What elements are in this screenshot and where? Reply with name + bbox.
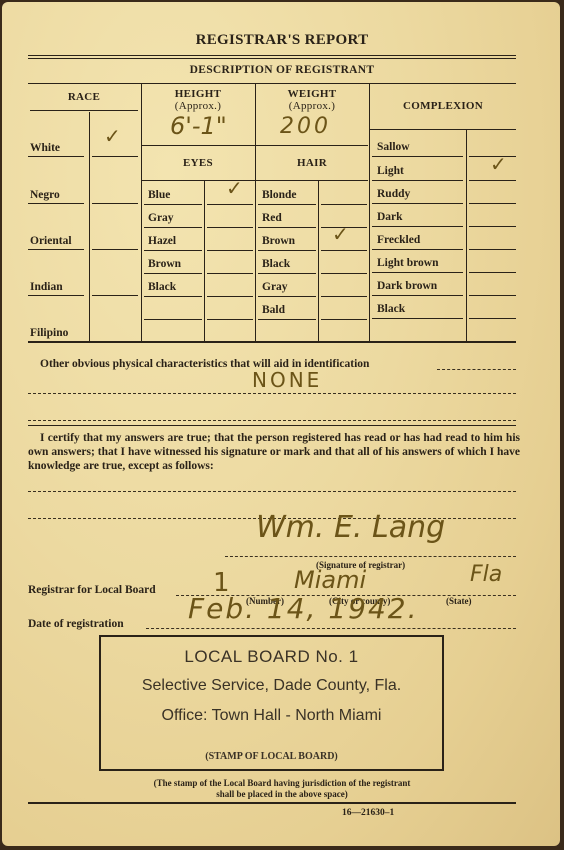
table-top-rule: [28, 83, 516, 84]
local-board-label: Registrar for Local Board: [28, 583, 156, 597]
exceptions-line-1: [28, 491, 516, 492]
hair-option-bald[interactable]: Bald: [262, 304, 285, 316]
eh-rule: [207, 319, 253, 320]
height-header-sub: (Approx.): [142, 100, 254, 112]
col-divider-race: [141, 84, 142, 342]
cx-rule: [469, 180, 516, 181]
cx-rule: [469, 272, 516, 273]
eh-rule: [144, 319, 202, 320]
cx-rule: [469, 156, 516, 157]
col-divider-height: [255, 84, 256, 342]
complexion-header-rule: [370, 129, 516, 130]
cx-rule: [372, 249, 463, 250]
stamp-line-3: Office: Town Hall - North Miami: [101, 707, 442, 725]
eh-rule: [321, 273, 367, 274]
document-title: REGISTRAR'S REPORT: [0, 32, 564, 49]
section-rule: [28, 425, 516, 426]
complexion-option-dark-brown[interactable]: Dark brown: [377, 280, 437, 292]
race-rule-2b: [92, 203, 138, 204]
section-subtitle: DESCRIPTION OF REGISTRANT: [0, 64, 564, 76]
weight-header: WEIGHT (Approx.): [256, 88, 368, 112]
complexion-option-light[interactable]: Light: [377, 165, 404, 177]
race-white-check-icon[interactable]: ✓: [104, 124, 121, 148]
race-header-rule: [30, 110, 138, 111]
stamp-note-line-1: (The stamp of the Local Board having jur…: [0, 778, 564, 789]
cx-rule: [372, 226, 463, 227]
eh-rule: [258, 273, 316, 274]
cx-rule: [372, 180, 463, 181]
cx-rule: [469, 226, 516, 227]
height-header: HEIGHT (Approx.): [142, 88, 254, 112]
race-option-filipino[interactable]: Filipino: [30, 327, 68, 339]
col-divider-weight: [369, 84, 370, 342]
cx-rule: [372, 318, 463, 319]
eh-rule: [321, 296, 367, 297]
eh-rule: [258, 296, 316, 297]
signature-line: [225, 556, 516, 557]
cx-rule: [469, 249, 516, 250]
eyes-option-brown[interactable]: Brown: [148, 258, 181, 270]
race-rule-1a: [28, 156, 84, 157]
registrar-signature[interactable]: Wm. E. Lang: [256, 510, 445, 545]
complexion-option-light-brown[interactable]: Light brown: [377, 257, 438, 269]
complexion-option-sallow[interactable]: Sallow: [377, 141, 410, 153]
cx-rule: [469, 318, 516, 319]
complexion-option-dark[interactable]: Dark: [377, 211, 403, 223]
stamp-caption: (STAMP OF LOCAL BOARD): [101, 751, 442, 762]
race-option-indian[interactable]: Indian: [30, 281, 63, 293]
height-header-label: HEIGHT: [142, 88, 254, 100]
weight-value: 200: [280, 114, 331, 139]
eh-rule: [207, 227, 253, 228]
eh-rule: [207, 204, 253, 205]
hair-header: HAIR: [256, 157, 368, 169]
stamp-note-line-2: shall be placed in the above space): [0, 789, 564, 800]
footer-rule: [28, 802, 516, 804]
cx-rule: [372, 203, 463, 204]
race-rule-3b: [92, 249, 138, 250]
eyes-option-blue[interactable]: Blue: [148, 189, 170, 201]
stamp-line-1: LOCAL BOARD No. 1: [101, 647, 442, 667]
complexion-check-divider: [466, 130, 467, 342]
weight-header-label: WEIGHT: [256, 88, 368, 100]
eh-rule: [321, 250, 367, 251]
cx-rule: [469, 203, 516, 204]
eh-rule: [321, 204, 367, 205]
eh-rule: [144, 250, 202, 251]
eh-rule: [207, 250, 253, 251]
local-board-stamp: LOCAL BOARD No. 1 Selective Service, Dad…: [99, 635, 444, 771]
hair-check-divider: [318, 180, 319, 342]
race-rule-4b: [92, 295, 138, 296]
complexion-option-freckled[interactable]: Freckled: [377, 234, 420, 246]
title-rule-top: [28, 55, 516, 56]
height-value: 6'-1": [170, 112, 227, 140]
complexion-header: COMPLEXION: [370, 100, 516, 112]
date-of-registration-label: Date of registration: [28, 617, 124, 631]
hair-option-gray[interactable]: Gray: [262, 281, 288, 293]
eh-rule: [258, 227, 316, 228]
height-weight-rule: [142, 145, 368, 146]
eh-rule: [207, 273, 253, 274]
cx-rule: [372, 156, 463, 157]
race-rule-2a: [28, 203, 84, 204]
local-board-city[interactable]: Miami: [294, 566, 366, 594]
cx-rule: [372, 272, 463, 273]
eh-rule: [258, 204, 316, 205]
certification-text: I certify that my answers are true; that…: [28, 431, 520, 473]
stamp-note: (The stamp of the Local Board having jur…: [0, 778, 564, 800]
hair-brown-check-icon[interactable]: ✓: [332, 222, 349, 246]
eyes-option-black[interactable]: Black: [148, 281, 176, 293]
table-bottom-rule: [28, 341, 516, 343]
eyes-option-gray[interactable]: Gray: [148, 212, 174, 224]
weight-header-sub: (Approx.): [256, 100, 368, 112]
hair-option-brown[interactable]: Brown: [262, 235, 295, 247]
eh-rule: [144, 204, 202, 205]
eyes-blue-check-icon[interactable]: ✓: [226, 176, 243, 200]
other-characteristics-line-2: [28, 393, 516, 394]
hair-option-black[interactable]: Black: [262, 258, 290, 270]
eyes-header: EYES: [142, 157, 254, 169]
stamp-line-2: Selective Service, Dade County, Fla.: [101, 677, 442, 695]
eyes-option-hazel[interactable]: Hazel: [148, 235, 176, 247]
eh-rule: [321, 227, 367, 228]
date-of-registration-value[interactable]: Feb. 14, 1942.: [188, 592, 419, 625]
cx-rule: [372, 295, 463, 296]
race-option-oriental[interactable]: Oriental: [30, 235, 72, 247]
eyes-check-divider: [204, 180, 205, 342]
hair-option-blonde[interactable]: Blonde: [262, 189, 297, 201]
state-caption: (State): [446, 596, 472, 606]
eh-rule: [258, 319, 316, 320]
race-rule-3a: [28, 249, 84, 250]
date-line: [146, 628, 516, 629]
other-characteristics-value[interactable]: NONE: [252, 368, 322, 392]
race-rule-1b: [92, 156, 138, 157]
eh-rule: [207, 296, 253, 297]
form-number: 16—21630–1: [342, 808, 394, 818]
eh-rule: [144, 273, 202, 274]
hair-option-red[interactable]: Red: [262, 212, 282, 224]
eh-rule: [144, 227, 202, 228]
race-header: RACE: [28, 91, 140, 103]
race-option-white[interactable]: White: [30, 142, 60, 154]
race-option-negro[interactable]: Negro: [30, 189, 60, 201]
race-check-divider: [89, 112, 90, 342]
complexion-option-ruddy[interactable]: Ruddy: [377, 188, 410, 200]
eh-rule: [258, 250, 316, 251]
other-characteristics-line: [437, 369, 516, 370]
other-characteristics-line-3: [28, 420, 516, 421]
eh-rule: [321, 319, 367, 320]
title-rule-bottom: [28, 58, 516, 59]
race-rule-4a: [28, 295, 84, 296]
complexion-option-black[interactable]: Black: [377, 303, 405, 315]
eyes-hair-header-rule: [142, 180, 368, 181]
eh-rule: [144, 296, 202, 297]
local-board-state[interactable]: Fla: [470, 562, 502, 587]
cx-rule: [469, 295, 516, 296]
